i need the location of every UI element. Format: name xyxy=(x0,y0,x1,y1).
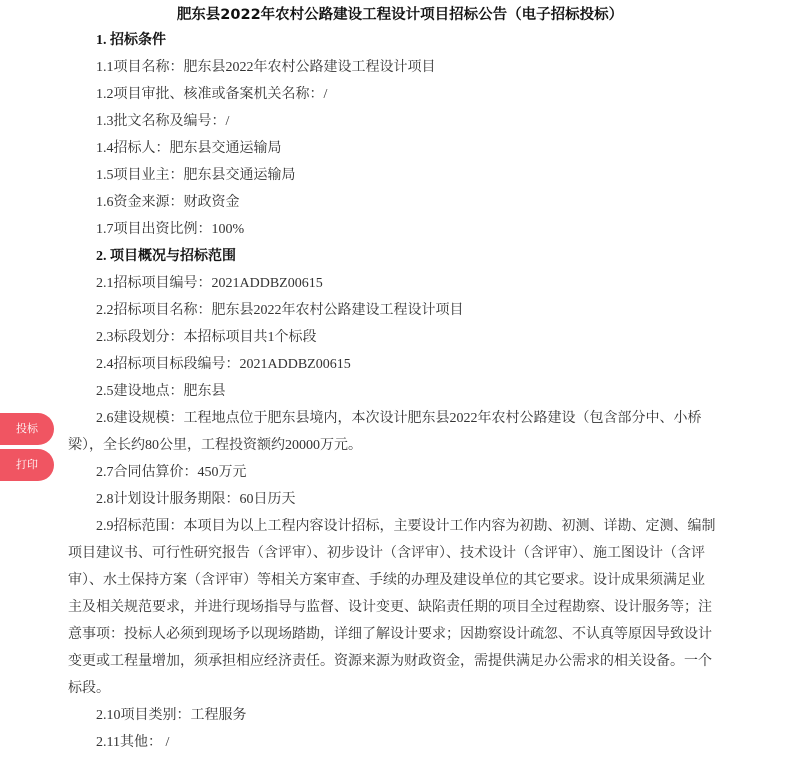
list-item: 2.4招标项目标段编号：2021ADDBZ00615 xyxy=(68,351,728,378)
list-item: 1.2项目审批、核准或备案机关名称：/ xyxy=(68,81,728,108)
page-title: 肥东县2022年农村公路建设工程设计项目招标公告（电子招标投标） xyxy=(72,0,728,27)
list-item: 2.10项目类别：工程服务 xyxy=(68,702,728,729)
list-item: 1.5项目业主：肥东县交通运输局 xyxy=(68,162,728,189)
list-item: 1.3批文名称及编号：/ xyxy=(68,108,728,135)
bid-button[interactable]: 投标 xyxy=(0,413,54,445)
list-item: 2.11其他： / xyxy=(68,729,728,756)
list-item: 2.6建设规模：工程地点位于肥东县境内，本次设计肥东县2022年农村公路建设（包… xyxy=(68,405,718,459)
list-item: 2.5建设地点：肥东县 xyxy=(68,378,728,405)
list-item: 1.4招标人：肥东县交通运输局 xyxy=(68,135,728,162)
list-item: 1.7项目出资比例：100% xyxy=(68,216,728,243)
list-item: 1.1项目名称：肥东县2022年农村公路建设工程设计项目 xyxy=(68,54,728,81)
list-item: 2.1招标项目编号：2021ADDBZ00615 xyxy=(68,270,728,297)
section-heading-1: 1. 招标条件 xyxy=(68,27,728,54)
print-button[interactable]: 打印 xyxy=(0,449,54,481)
section-heading-2: 2. 项目概况与招标范围 xyxy=(68,243,728,270)
list-item: 1.6资金来源：财政资金 xyxy=(68,189,728,216)
list-item: 2.3标段划分：本招标项目共1个标段 xyxy=(68,324,728,351)
list-item: 2.8计划设计服务期限：60日历天 xyxy=(68,486,728,513)
list-item: 2.7合同估算价：450万元 xyxy=(68,459,728,486)
list-item: 2.2招标项目名称：肥东县2022年农村公路建设工程设计项目 xyxy=(68,297,728,324)
list-item: 2.9招标范围：本项目为以上工程内容设计招标，主要设计工作内容为初勘、初测、详勘… xyxy=(68,513,718,702)
announcement-document: 肥东县2022年农村公路建设工程设计项目招标公告（电子招标投标） 1. 招标条件… xyxy=(68,0,728,756)
